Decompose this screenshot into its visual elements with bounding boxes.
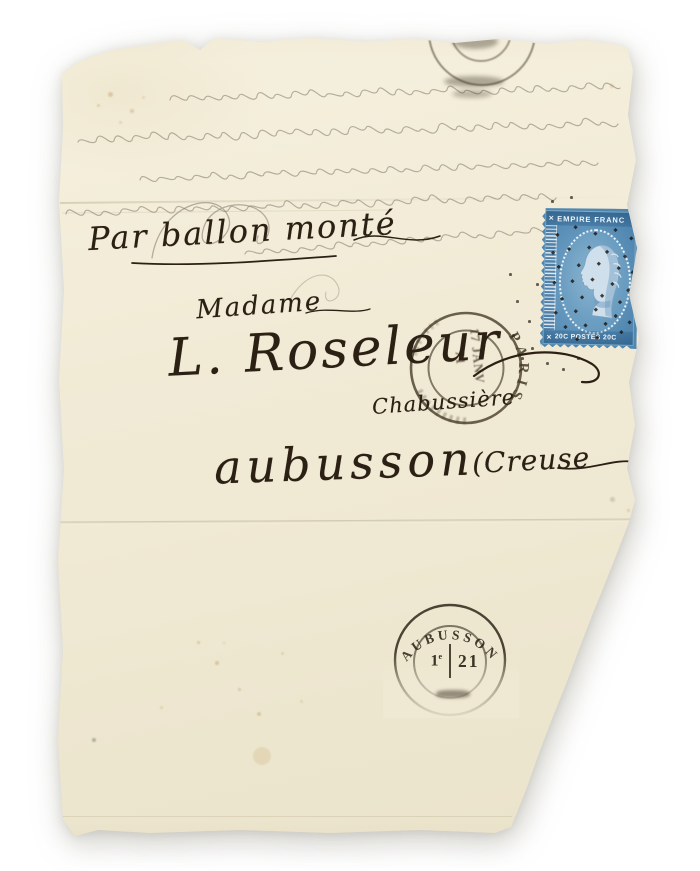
napoleon-stamp: ✕ EMPIRE FRANC ✕ 20C PO — [540, 207, 640, 349]
aubusson-month-smudge — [436, 690, 470, 698]
stamp-frame: ✕ EMPIRE FRANC ✕ 20C PO — [543, 210, 637, 346]
address-city: aubusson — [213, 431, 475, 494]
inscription-tail-flourish — [352, 226, 444, 252]
letter-shadow: PARIS 17 JANV 71 AUBUSSON 1e — [0, 0, 700, 871]
aubusson-datestamp-date: 1e 21 — [412, 640, 498, 682]
salutation-flourish — [304, 304, 374, 318]
letter-sheet: PARIS 17 JANV 71 AUBUSSON 1e — [0, 0, 700, 871]
aubusson-divider-line — [449, 644, 451, 678]
photo-background: PARIS 17 JANV 71 AUBUSSON 1e — [0, 0, 700, 871]
stamp-top-text: EMPIRE FRANC — [557, 214, 625, 224]
aubusson-day: 21 — [458, 651, 480, 672]
top-postmark-inner-ring — [450, 0, 512, 62]
stamp-portrait-oval — [558, 228, 632, 334]
city-tail-flourish — [556, 452, 638, 478]
stamp-top-band: ✕ EMPIRE FRANC — [546, 211, 635, 227]
inscription-underline — [130, 254, 342, 268]
stamp-corner-mark: ✕ — [546, 214, 557, 222]
aubusson-index: 1e — [430, 652, 442, 670]
